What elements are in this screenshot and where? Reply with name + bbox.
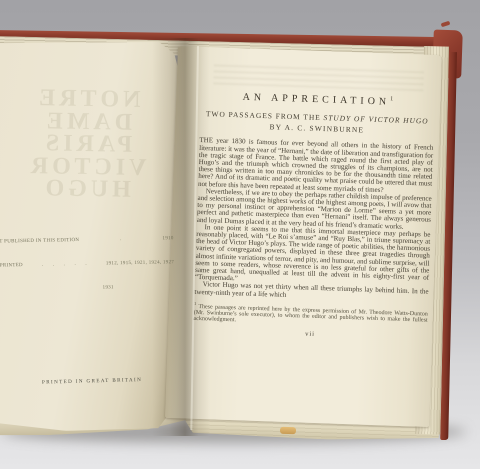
body-paragraph: THE year 1830 is famous for ever beyond …: [198, 137, 434, 195]
ghost-line: NOTRE: [17, 87, 159, 112]
edition-line-1: T PUBLISHED IN THIS EDITION . 1910: [0, 234, 174, 245]
edition-line-3: 1931: [103, 282, 175, 291]
footnote: 1 These passages are reprinted here by t…: [193, 301, 428, 331]
edition-info: T PUBLISHED IN THIS EDITION . 1910 PRINT…: [0, 218, 177, 331]
edition-line-2: PRINTED . . . . . 1912, 1915, 1921, 1924…: [0, 258, 174, 269]
book-photo: NOTRE DAME PARIS VICTOR HUGO T PUBLISHED…: [0, 0, 480, 469]
worn-gilt-nick: [280, 427, 296, 435]
page-title-text: AN APPRECIATION: [242, 92, 390, 108]
body-paragraph: In one point it seems to me that this im…: [195, 224, 431, 289]
appreciation-page: AN APPRECIATION1 TWO PASSAGES FROM THE S…: [193, 64, 436, 341]
dot-leader: .: [79, 235, 162, 245]
edition-year: 1910: [162, 234, 173, 242]
edition-years: 1912, 1915, 1921, 1924, 1927: [106, 258, 175, 267]
footnote-text: These passages are reprinted here by the…: [193, 304, 427, 324]
dot-leader: . . . . .: [23, 260, 106, 270]
footnote-reference-marker: 1: [390, 96, 393, 102]
cover-fray: [441, 21, 451, 28]
edition-label: T PUBLISHED IN THIS EDITION: [0, 236, 79, 246]
edition-label: PRINTED: [0, 261, 23, 269]
page-title: AN APPRECIATION1: [201, 90, 435, 109]
show-through-title: NOTRE DAME PARIS VICTOR HUGO: [15, 87, 159, 202]
ghost-line: HUGO: [15, 177, 157, 202]
body-text: THE year 1830 is famous for ever beyond …: [194, 137, 433, 303]
